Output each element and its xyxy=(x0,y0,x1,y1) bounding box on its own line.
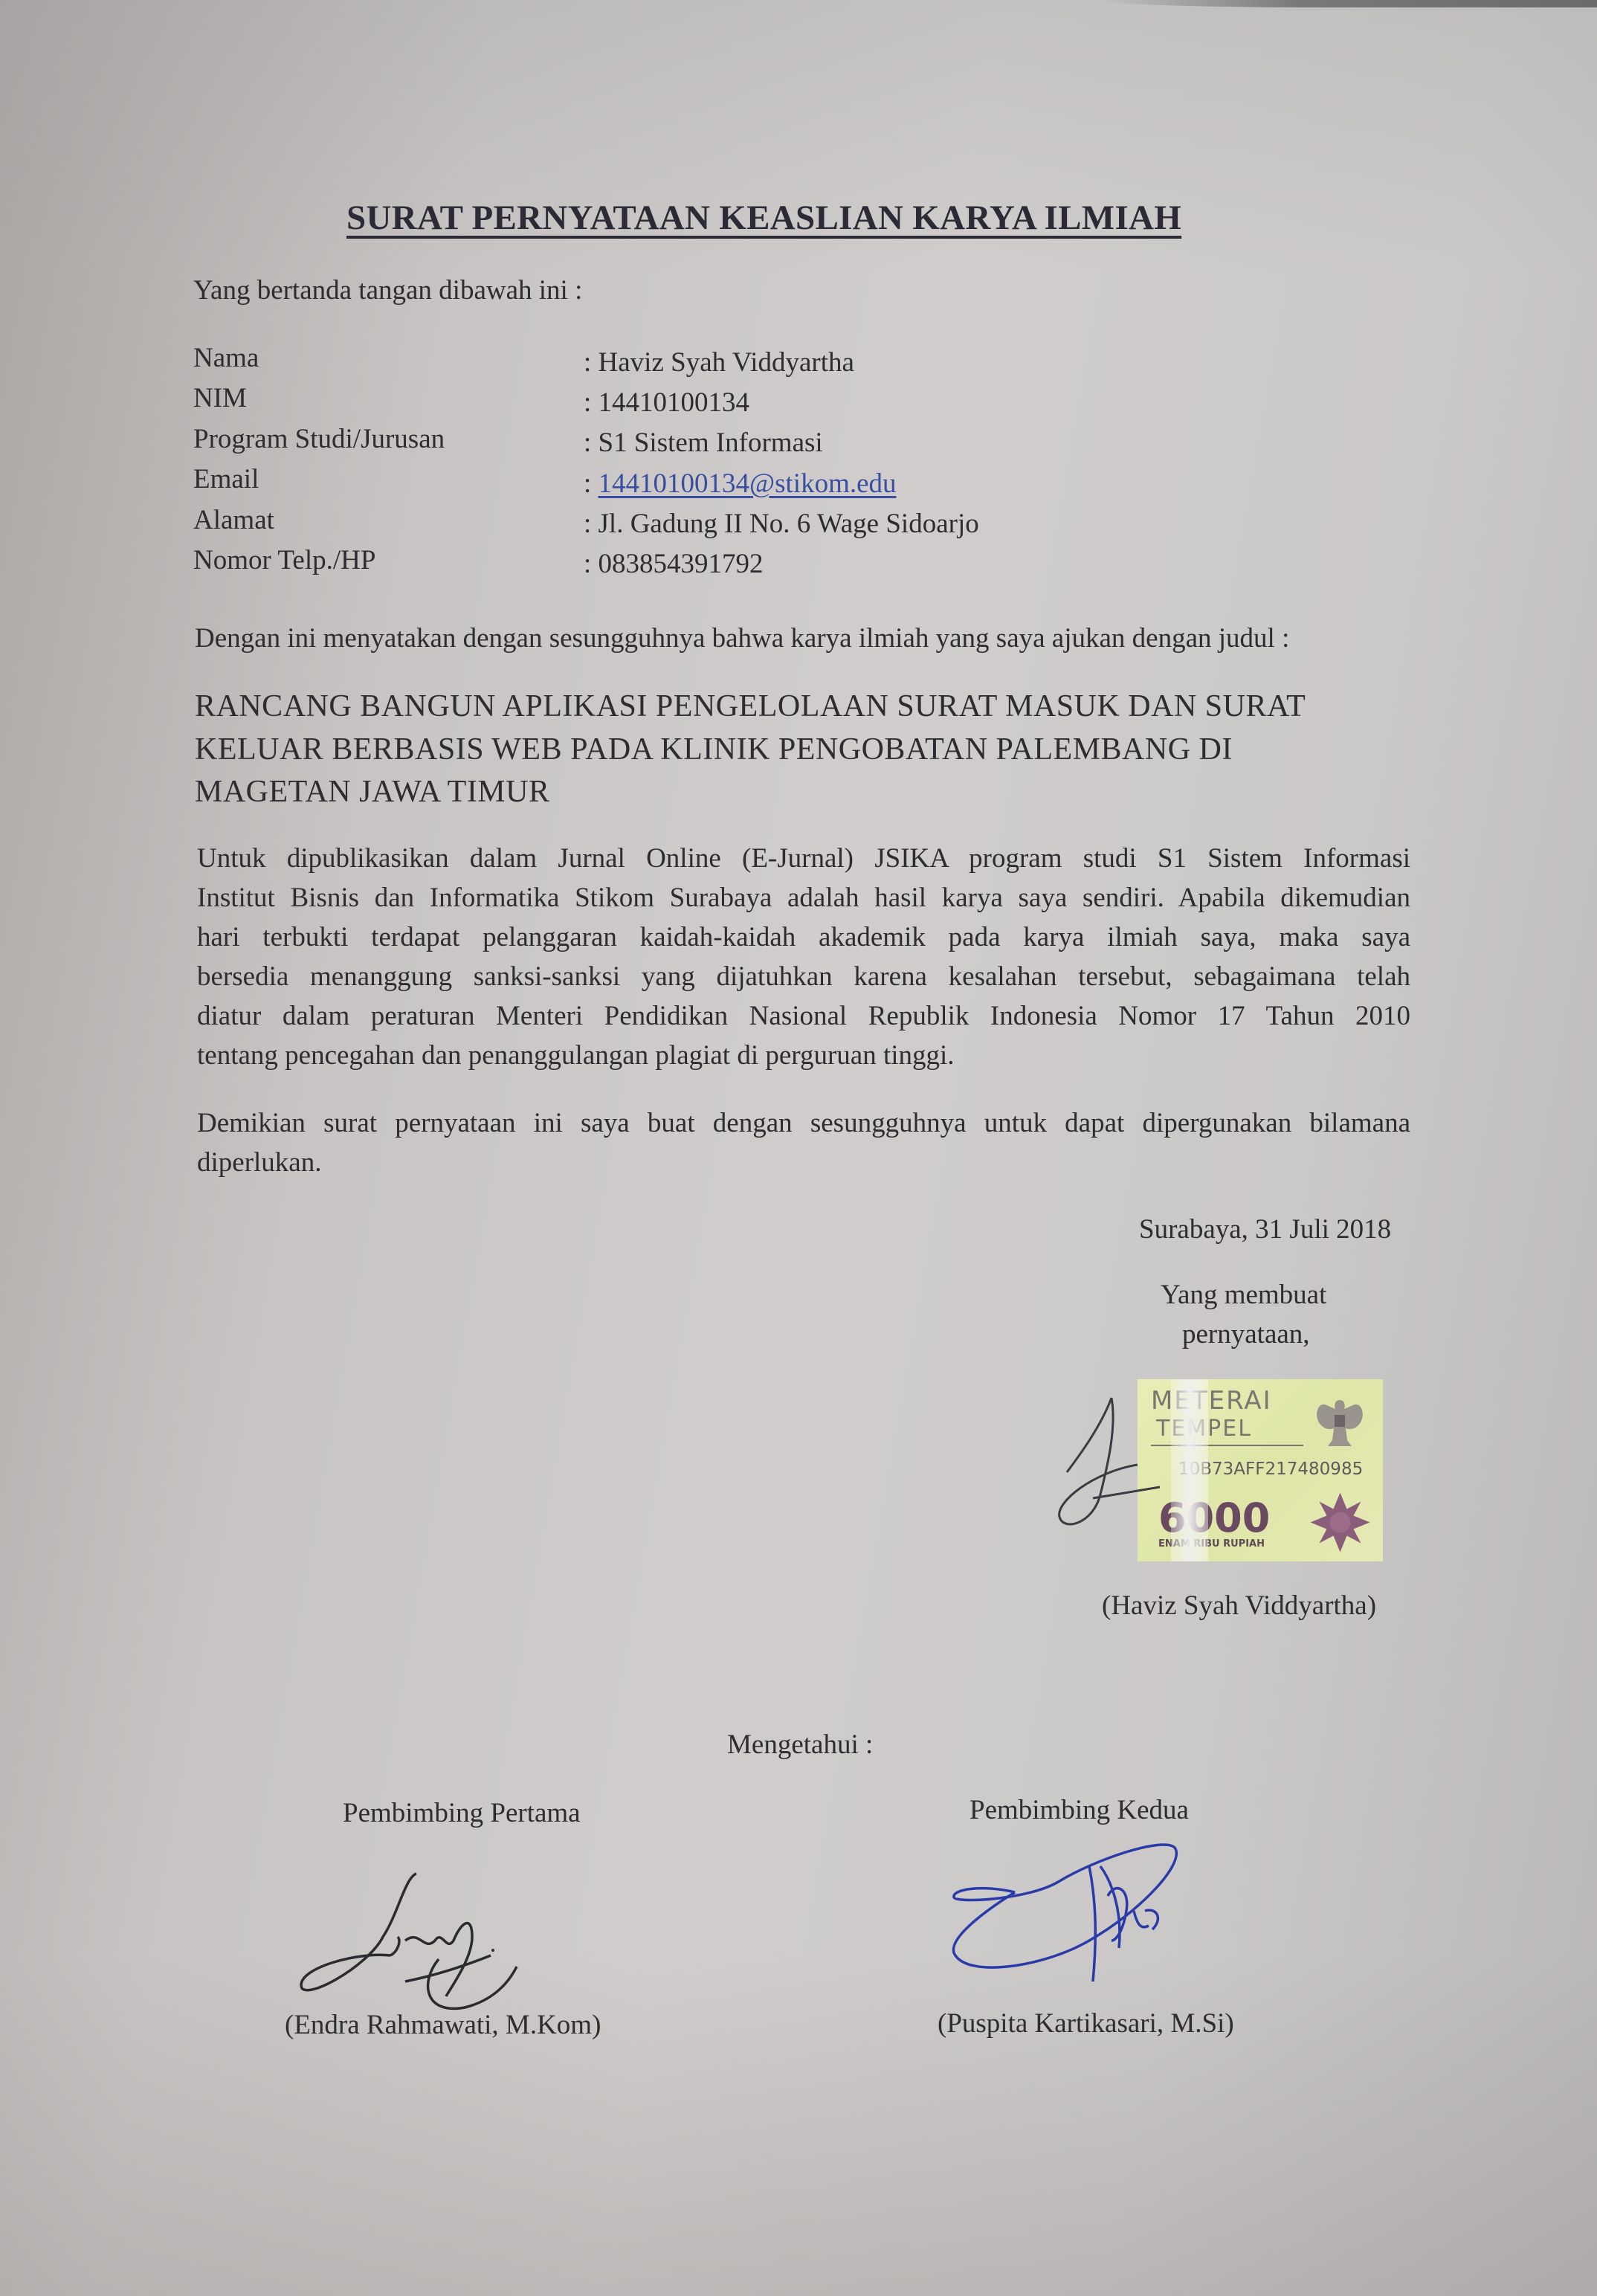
supervisor2-name: (Puspita Kartikasari, M.Si) xyxy=(938,2010,1234,2037)
field-value-program: : S1 Sistem Informasi xyxy=(584,427,823,459)
supervisor1-role: Pembimbing Pertama xyxy=(343,1799,581,1827)
supervisor1-name: (Endra Rahmawati, M.Kom) xyxy=(285,2011,601,2039)
supervisor1-signature xyxy=(294,1870,651,2019)
place-date: Surabaya, 31 Juli 2018 xyxy=(1139,1216,1391,1243)
field-label-nim: NIM xyxy=(193,382,247,414)
background-edge xyxy=(1100,0,1597,7)
field-value-telp: : 083854391792 xyxy=(584,548,764,580)
garuda-emblem-icon xyxy=(1310,1393,1369,1452)
field-value-email: : 14410100134@stikom.edu xyxy=(584,468,897,500)
work-title-line: RANCANG BANGUN APLIKASI PENGELOLAAN SURA… xyxy=(195,689,1306,724)
field-label-email: Email xyxy=(193,463,259,495)
email-link[interactable]: 14410100134@stikom.edu xyxy=(599,468,897,499)
field-value-nim: : 14410100134 xyxy=(584,387,749,419)
field-label-telp: Nomor Telp./HP xyxy=(193,544,375,576)
work-title-line: KELUAR BERBASIS WEB PADA KLINIK PENGOBAT… xyxy=(195,732,1233,767)
field-label-alamat: Alamat xyxy=(193,504,274,536)
document-title: SURAT PERNYATAAN KEASLIAN KARYA ILMIAH xyxy=(346,198,1181,238)
paragraph-line: diperlukan. xyxy=(197,1143,1410,1182)
acknowledged-label: Mengetahui : xyxy=(727,1731,873,1758)
field-label-program: Program Studi/Jurusan xyxy=(193,423,445,455)
field-value-nama: : Haviz Syah Viddyartha xyxy=(584,346,854,378)
flower-emblem-icon xyxy=(1309,1491,1372,1554)
supervisor2-signature xyxy=(941,1829,1208,2000)
paragraph-publication: Untuk dipublikasikan dalam Jurnal Online… xyxy=(197,839,1410,1075)
paragraph-line: tentang pencegahan dan penanggulangan pl… xyxy=(197,1036,1410,1075)
field-label-nama: Nama xyxy=(193,342,259,374)
email-prefix: : xyxy=(584,468,599,499)
signer-caption-1: Yang membuat xyxy=(1161,1281,1326,1309)
author-signature xyxy=(1048,1383,1212,1532)
paragraph-line: Demikian surat pernyataan ini saya buat … xyxy=(197,1103,1410,1143)
supervisor2-role: Pembimbing Kedua xyxy=(970,1796,1189,1824)
paragraph-line: diatur dalam peraturan Menteri Pendidika… xyxy=(197,996,1410,1036)
paragraph-line: bersedia menanggung sanksi-sanksi yang d… xyxy=(197,957,1410,996)
signer-name: (Haviz Syah Viddyartha) xyxy=(1102,1592,1376,1619)
work-title-line: MAGETAN JAWA TIMUR xyxy=(195,774,550,810)
statement-intro: Dengan ini menyatakan dengan sesungguhny… xyxy=(195,625,1289,652)
paragraph-line: Institut Bisnis dan Informatika Stikom S… xyxy=(197,878,1410,918)
intro-text: Yang bertanda tangan dibawah ini : xyxy=(193,277,582,304)
paragraph-closing: Demikian surat pernyataan ini saya buat … xyxy=(197,1103,1410,1182)
paragraph-line: Untuk dipublikasikan dalam Jurnal Online… xyxy=(197,839,1410,878)
field-value-alamat: : Jl. Gadung II No. 6 Wage Sidoarjo xyxy=(584,508,979,540)
paragraph-line: hari terbukti terdapat pelanggaran kaida… xyxy=(197,918,1410,957)
signer-caption-2: pernyataan, xyxy=(1182,1320,1310,1348)
